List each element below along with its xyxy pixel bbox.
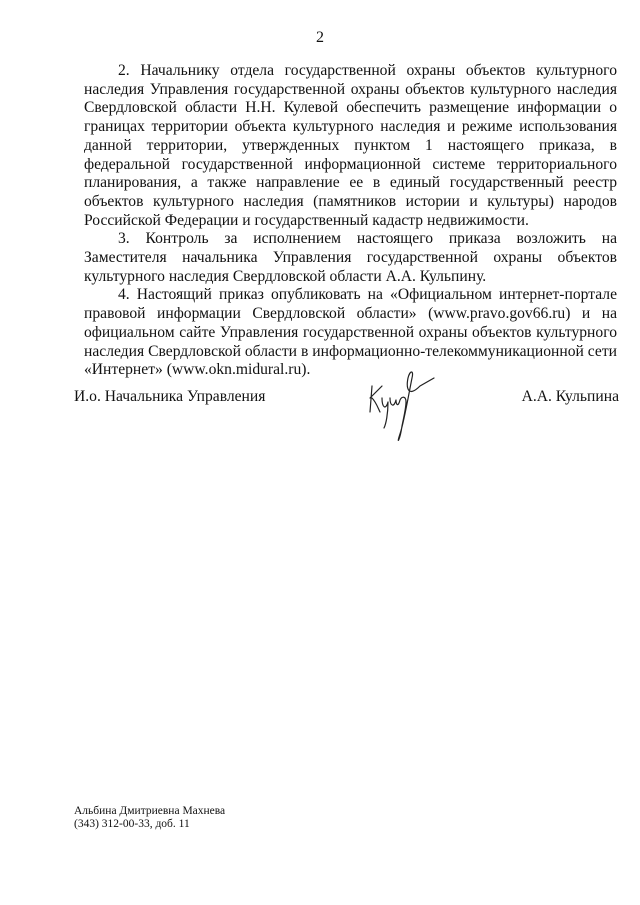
paragraph-4: 4. Настоящий приказ опубликовать на «Офи… <box>84 286 617 380</box>
paragraph-2: 2. Начальнику отдела государственной охр… <box>84 62 617 230</box>
executor-name: Альбина Дмитриевна Махнева <box>74 805 225 818</box>
paragraph-3: 3. Контроль за исполнением настоящего пр… <box>84 230 617 286</box>
page-number: 2 <box>0 29 640 47</box>
executor-phone: (343) 312-00-33, доб. 11 <box>74 818 225 831</box>
signer-role: И.о. Начальника Управления <box>74 388 265 406</box>
signer-name: А.А. Кульпина <box>522 388 619 406</box>
signature-icon <box>364 368 444 448</box>
executor-info: Альбина Дмитриевна Махнева (343) 312-00-… <box>74 805 225 831</box>
document-body: 2. Начальнику отдела государственной охр… <box>84 62 617 380</box>
